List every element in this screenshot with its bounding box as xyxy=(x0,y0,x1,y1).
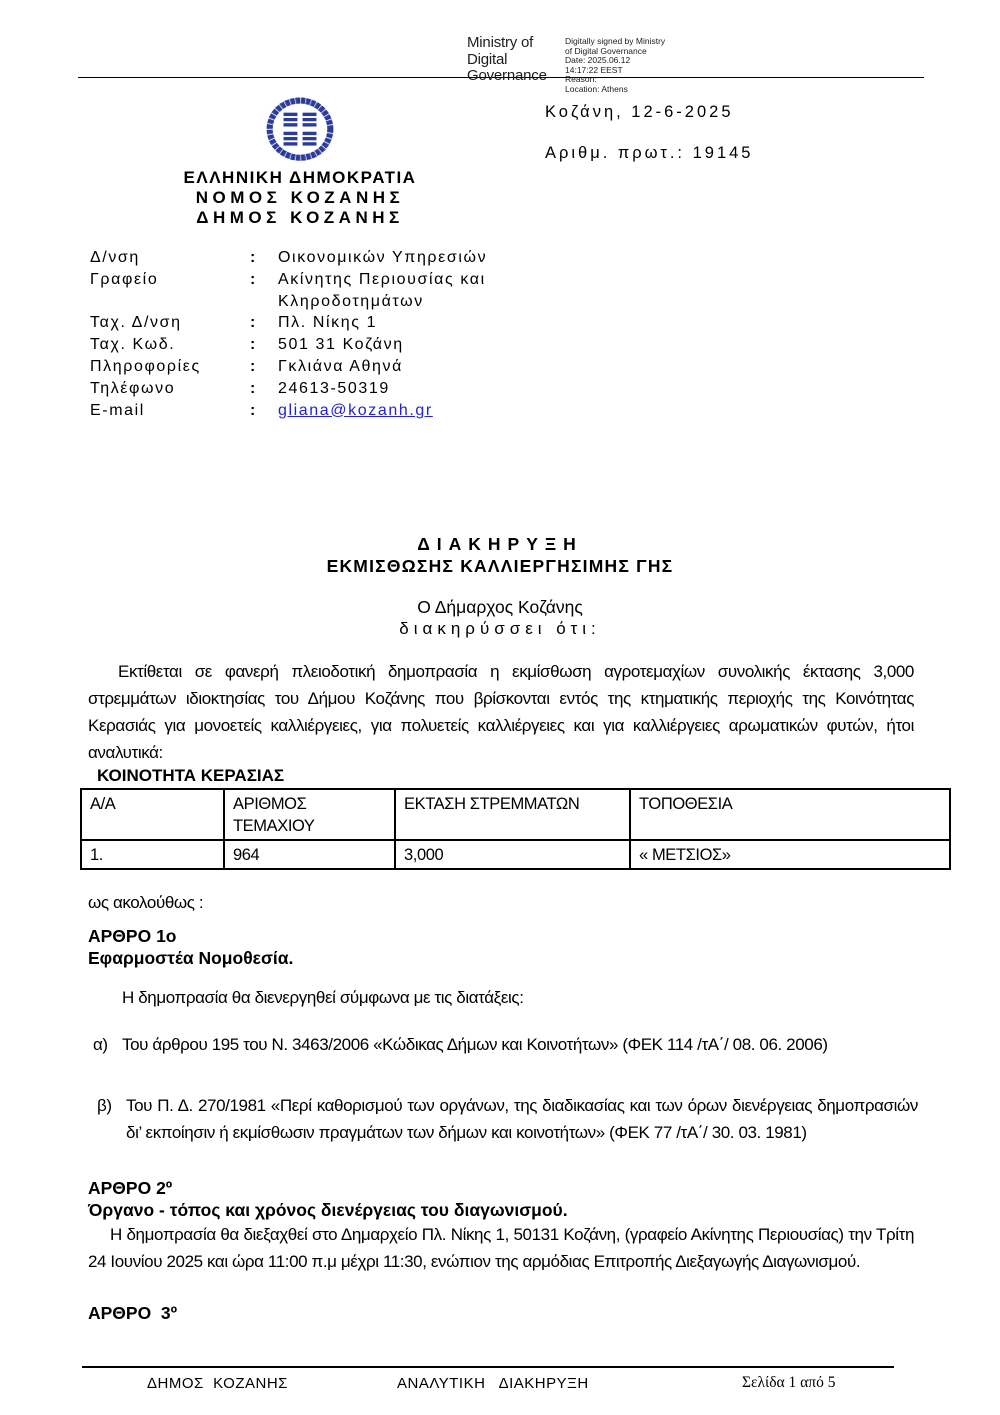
contact-label: Γραφείο xyxy=(90,269,250,313)
contact-label: Ταχ. Δ/νση xyxy=(90,312,250,334)
contact-colon: : xyxy=(250,247,278,269)
contact-colon: : xyxy=(250,378,278,400)
place-date: Κοζάνη, 12-6-2025 xyxy=(545,103,753,122)
legal-item-a: α)Του άρθρου 195 του Ν. 3463/2006 «Κώδικ… xyxy=(93,1031,914,1058)
contact-value: 24613-50319 xyxy=(278,378,562,400)
article-2-subtitle: Όργανο - τόπος και χρόνος διενέργειας το… xyxy=(88,1200,914,1222)
contact-colon: : xyxy=(250,356,278,378)
item-b-marker: β) xyxy=(97,1092,126,1119)
document-page: Ministry of Digital Governance Digitally… xyxy=(0,0,1000,1415)
title-declares: διακηρύσσει ότι: xyxy=(0,618,1000,639)
article-2-body: Η δημοπρασία θα διεξαχθεί στο Δημαρχείο … xyxy=(88,1221,914,1275)
contact-value: Οικονομικών Υπηρεσιών xyxy=(278,247,562,269)
letterhead-municipality: ΔΗΜΟΣ ΚΟΖΑΝΗΣ xyxy=(148,208,452,228)
contact-value: 501 31 Κοζάνη xyxy=(278,334,562,356)
contact-value: Ακίνητης Περιουσίας και Κληροδοτημάτων xyxy=(278,269,562,313)
document-title-block: ΔΙΑΚΗΡΥΞΗ ΕΚΜΙΣΘΩΣΗΣ ΚΑΛΛΙΕΡΓΗΣΙΜΗΣ ΓΗΣ … xyxy=(0,533,1000,639)
table-header-row: Α/Α ΑΡΙΘΜΟΣ ΤΕΜΑΧΙΟΥ ΕΚΤΑΣΗ ΣΤΡΕΜΜΑΤΩΝ Τ… xyxy=(81,789,950,840)
contact-colon: : xyxy=(250,312,278,334)
signature-details: Digitally signed by Ministry of Digital … xyxy=(565,37,685,95)
article-1-subtitle: Εφαρμοστέα Νομοθεσία. xyxy=(88,948,293,970)
letterhead: ΕΛΛΗΝΙΚΗ ΔΗΜΟΚΡΑΤΙΑ ΝΟΜΟΣ ΚΟΖΑΝΗΣ ΔΗΜΟΣ … xyxy=(148,96,452,228)
footer-page-number: Σελίδα 1 από 5 xyxy=(742,1374,835,1392)
cell-parcel: 964 xyxy=(224,840,395,869)
footer-doc-type: ΑΝΑΛΥΤΙΚΗ ΔΙΑΚΗΡΥΞΗ xyxy=(397,1375,589,1392)
community-heading: ΚΟΙΝΟΤΗΤΑ ΚΕΡΑΣΙΑΣ xyxy=(97,766,284,786)
article-1-title: ΑΡΘΡΟ 1ο xyxy=(88,926,293,948)
letterhead-prefecture: ΝΟΜΟΣ ΚΟΖΑΝΗΣ xyxy=(148,188,452,208)
article-1-intro: Η δημοπρασία θα διενεργηθεί σύμφωνα με τ… xyxy=(88,988,914,1008)
col-header-index: Α/Α xyxy=(81,789,224,840)
contact-label: Πληροφορίες xyxy=(90,356,250,378)
protocol-number: Αριθμ. πρωτ.: 19145 xyxy=(545,144,753,163)
contact-value: Πλ. Νίκης 1 xyxy=(278,312,562,334)
cell-area: 3,000 xyxy=(395,840,630,869)
intro-paragraph: Εκτίθεται σε φανερή πλειοδοτική δημοπρασ… xyxy=(88,658,914,766)
contact-label: E-mail xyxy=(90,400,250,422)
title-issuer: Ο Δήμαρχος Κοζάνης xyxy=(0,597,1000,618)
item-a-text: Του άρθρου 195 του Ν. 3463/2006 «Κώδικας… xyxy=(122,1035,828,1054)
parcels-table: Α/Α ΑΡΙΘΜΟΣ ΤΕΜΑΧΙΟΥ ΕΚΤΑΣΗ ΣΤΡΕΜΜΑΤΩΝ Τ… xyxy=(80,788,951,870)
item-b-text: Του Π. Δ. 270/1981 «Περί καθορισμού των … xyxy=(126,1096,918,1142)
article-1-heading: ΑΡΘΡΟ 1ο Εφαρμοστέα Νομοθεσία. xyxy=(88,926,293,969)
article-3-title: ΑΡΘΡΟ 3º xyxy=(88,1303,177,1325)
article-2-title: ΑΡΘΡΟ 2º xyxy=(88,1178,914,1200)
cell-location: « ΜΕΤΣΙΟΣ» xyxy=(630,840,950,869)
contact-colon: : xyxy=(250,400,278,422)
table-row: 1. 964 3,000 « ΜΕΤΣΙΟΣ» xyxy=(81,840,950,869)
footer-rule xyxy=(82,1366,894,1368)
title-main: ΔΙΑΚΗΡΥΞΗ xyxy=(0,533,1000,555)
follows-text: ως ακολούθως : xyxy=(88,893,203,913)
contact-colon: : xyxy=(250,269,278,313)
legal-item-b: β)Του Π. Δ. 270/1981 «Περί καθορισμού τω… xyxy=(97,1092,918,1146)
signature-ministry-name: Ministry of Digital Governance xyxy=(467,35,569,85)
col-header-location: ΤΟΠΟΘΕΣΙΑ xyxy=(630,789,950,840)
article-2-block: ΑΡΘΡΟ 2º Όργανο - τόπος και χρόνος διενέ… xyxy=(88,1178,914,1275)
col-header-area: ΕΚΤΑΣΗ ΣΤΡΕΜΜΑΤΩΝ xyxy=(395,789,630,840)
title-sub: ΕΚΜΙΣΘΩΣΗΣ ΚΑΛΛΙΕΡΓΗΣΙΜΗΣ ΓΗΣ xyxy=(0,555,1000,577)
email-link[interactable]: gliana@kozanh.gr xyxy=(278,402,433,419)
greek-emblem-icon xyxy=(148,96,452,164)
contact-block: Δ/νση : Οικονομικών Υπηρεσιών Γραφείο : … xyxy=(90,247,562,421)
contact-label: Δ/νση xyxy=(90,247,250,269)
footer-municipality: ΔΗΜΟΣ ΚΟΖΑΝΗΣ xyxy=(147,1375,288,1392)
date-protocol-block: Κοζάνη, 12-6-2025 Αριθμ. πρωτ.: 19145 xyxy=(545,103,753,163)
contact-label: Ταχ. Κωδ. xyxy=(90,334,250,356)
item-a-marker: α) xyxy=(93,1031,122,1058)
letterhead-republic: ΕΛΛΗΝΙΚΗ ΔΗΜΟΚΡΑΤΙΑ xyxy=(148,168,452,188)
col-header-parcel: ΑΡΙΘΜΟΣ ΤΕΜΑΧΙΟΥ xyxy=(224,789,395,840)
contact-colon: : xyxy=(250,334,278,356)
cell-index: 1. xyxy=(81,840,224,869)
contact-label: Τηλέφωνο xyxy=(90,378,250,400)
contact-value: Γκλιάνα Αθηνά xyxy=(278,356,562,378)
